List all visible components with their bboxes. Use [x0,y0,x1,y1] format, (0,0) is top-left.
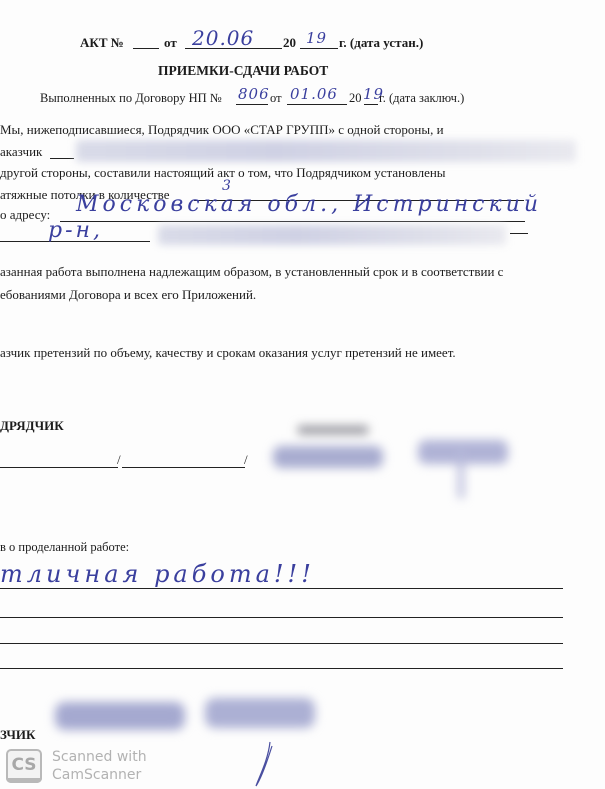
contract-suffix: г. (дата заключ.) [379,91,464,106]
contract-year-prefix: 20 [349,91,362,106]
act-suffix: г. (дата устан.) [339,35,423,51]
act-year-prefix: 20 [283,35,296,51]
slash-divider-end: / [244,452,248,468]
contract-from: от [270,91,282,106]
contract-year-line [364,104,378,105]
address-label: о адресу: [0,207,50,223]
redacted-contractor-signature [268,418,558,498]
customer-signature-label: ЗЧИК [0,727,35,743]
address-line-end [510,233,528,234]
customer-label: аказчик [0,144,42,160]
contract-number-line [236,104,268,105]
feedback-line-4 [0,668,563,669]
act-from: от [164,35,177,51]
act-year-handwritten: 19 [306,29,327,47]
customer-name-line [50,158,74,159]
feedback-line-1 [0,588,563,589]
contract-number-handwritten: 806 [238,85,270,103]
contractor-name-line [122,467,245,468]
contractor-label: ДРЯДЧИК [0,418,64,434]
redacted-customer-name [76,140,576,162]
contract-date-handwritten: 01.06 [290,85,338,103]
watermark-line-2: CamScanner [52,767,141,784]
contract-date-line [287,104,347,105]
feedback-line-2 [0,617,563,618]
redacted-customer-signature [45,690,335,745]
document-title: ПРИЕМКИ-СДАЧИ РАБОТ [158,63,328,79]
scanned-document: АКТ № от 20.06 20 19 г. (дата устан.) ПР… [0,0,605,789]
act-year-line [300,48,338,49]
watermark-line-1: Scanned with [52,749,147,766]
slash-divider: / [117,452,121,468]
contractor-signature-line [0,467,118,468]
act-date-handwritten: 20.06 [192,26,254,50]
no-claims-statement: азчик претензий по объему, качеству и ср… [0,345,456,361]
completion-line-2: ебованиями Договора и всех его Приложени… [0,287,256,303]
act-number-line [133,48,159,49]
body-line-1: Мы, нижеподписавшиеся, Подрядчик ООО «СТ… [0,122,444,138]
address-handwritten-2: р-н, [48,218,103,243]
address-line-1 [60,221,525,222]
signature-stroke [250,740,280,789]
completion-line-1: азанная работа выполнена надлежащим обра… [0,264,503,280]
act-prefix: АКТ № [80,35,124,51]
camscanner-logo-icon: CS [6,749,42,783]
feedback-label: в о проделанной работе: [0,540,129,555]
feedback-line-3 [0,643,563,644]
contract-prefix: Выполненных по Договору НП № [40,91,222,106]
feedback-handwritten: тличная работа!!! [0,560,315,588]
redacted-address [158,225,506,245]
address-handwritten-1: Московская обл., Истринский [76,192,542,217]
